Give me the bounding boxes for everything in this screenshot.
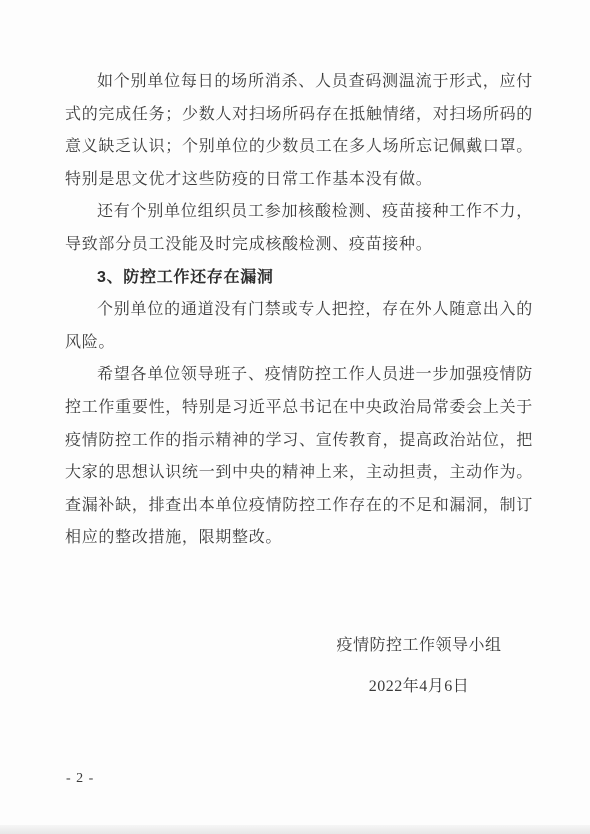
- paragraph-access-control-risk: 个别单位的通道没有门禁或专人把控，存在外人随意出入的风险。: [65, 294, 533, 359]
- signature-date: 2022年4月6日: [303, 666, 535, 707]
- document-content: 如个别单位每日的场所消杀、人员查码测温流于形式，应付式的完成任务；少数人对扫场所…: [65, 66, 533, 707]
- paragraph-daily-disinfection-issues: 如个别单位每日的场所消杀、人员查码测温流于形式，应付式的完成任务；少数人对扫场所…: [65, 66, 533, 196]
- scan-edge-strip: [0, 825, 590, 834]
- page-number: - 2 -: [66, 771, 94, 787]
- section-heading-loopholes: 3、防控工作还存在漏洞: [65, 262, 533, 295]
- signature-block: 疫情防控工作领导小组 2022年4月6日: [303, 625, 535, 707]
- paragraph-testing-vaccination-issues: 还有个别单位组织员工参加核酸检测、疫苗接种工作不力，导致部分员工没能及时完成核酸…: [65, 196, 533, 261]
- signature-org-name: 疫情防控工作领导小组: [303, 625, 535, 666]
- document-page: 如个别单位每日的场所消杀、人员查码测温流于形式，应付式的完成任务；少数人对扫场所…: [0, 0, 590, 834]
- paragraph-hopes-and-rectification: 希望各单位领导班子、疫情防控工作人员进一步加强疫情防控工作重要性，特别是习近平总…: [65, 359, 533, 555]
